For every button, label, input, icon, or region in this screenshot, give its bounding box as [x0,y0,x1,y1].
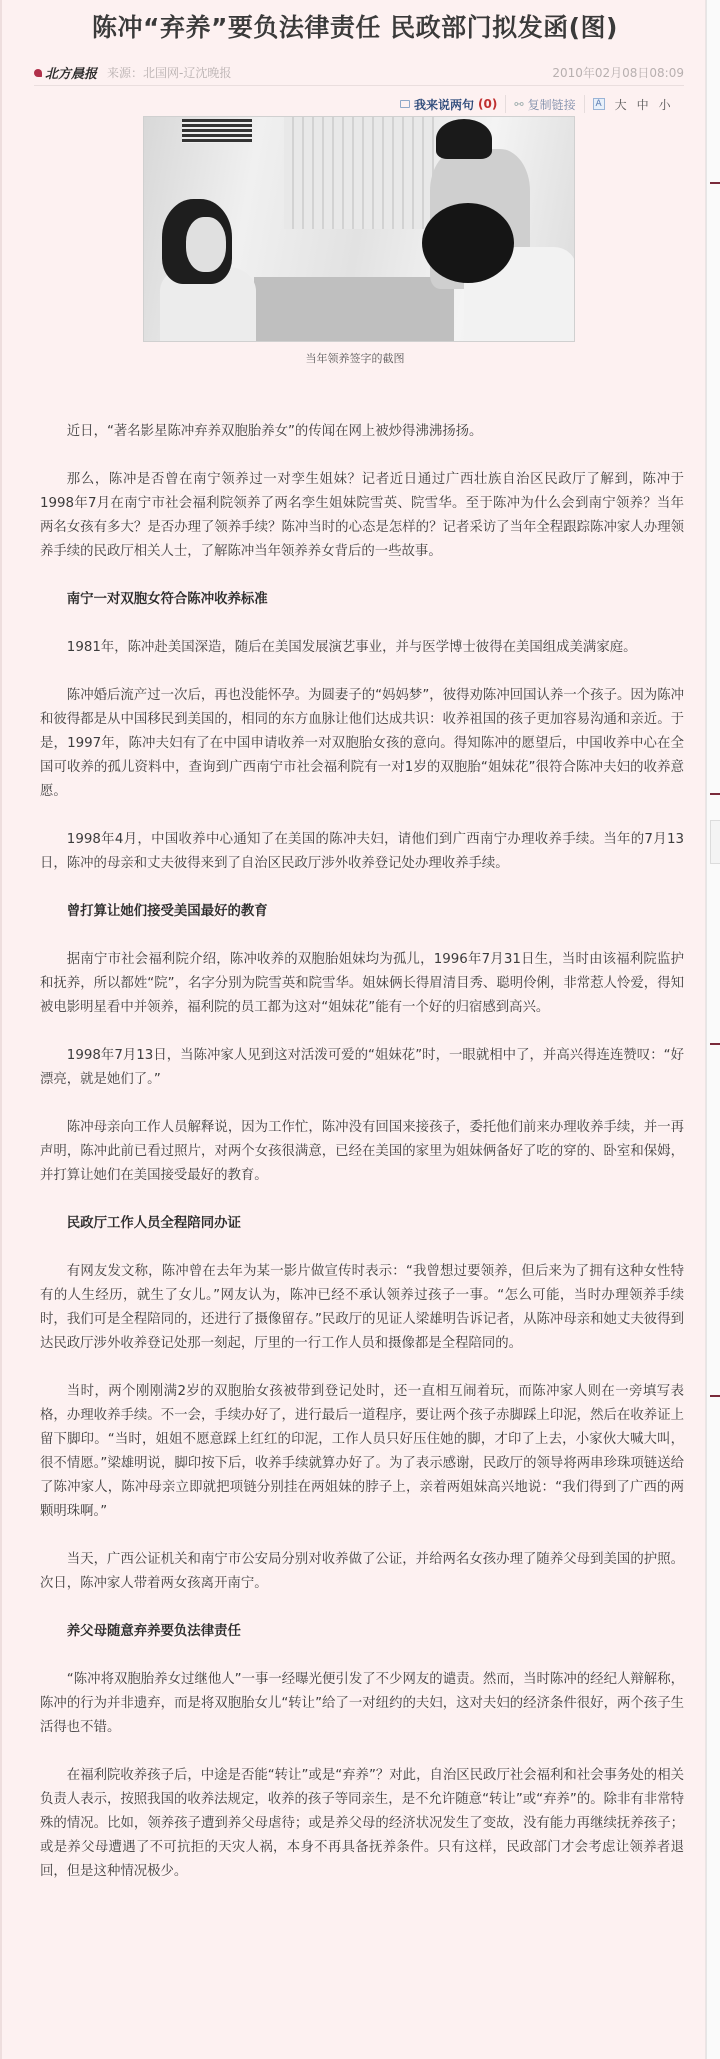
font-size-icon: A [593,98,605,110]
paragraph: 陈冲婚后流产过一次后，再也没能怀孕。为圆妻子的“妈妈梦”，彼得劝陈冲回国认养一个… [40,684,684,804]
paragraph: 有网友发文称，陈冲曾在去年为某一影片做宣传时表示：“我曾想过要领养，但后来为了拥… [40,1260,684,1356]
section-heading: 曾打算让她们接受美国最好的教育 [40,900,684,924]
paragraph: 1998年4月，中国收养中心通知了在美国的陈冲夫妇，请他们到广西南宁办理收养手续… [40,828,684,876]
photo-desk [254,277,454,342]
article-body: 近日，“著名影星陈冲弃养双胞胎养女”的传闻在网上被炒得沸沸扬扬。 那么，陈冲是否… [40,420,684,1908]
sidebar-marker [710,1395,720,1397]
photo-curtain [284,117,434,229]
article-meta: 北方晨报 来源：北国网-辽沈晚报 2010年02月08日08:09 [34,60,684,86]
publisher-logo[interactable]: 北方晨报 [34,63,97,82]
link-icon: ⚯ [514,98,523,111]
section-heading: 民政厅工作人员全程陪同办证 [40,1212,684,1236]
article-title: 陈冲“弃养”要负法律责任 民政部门拟发函(图) [2,8,708,44]
logo-mark-icon [34,69,42,77]
copy-link-label[interactable]: 复制链接 [528,96,576,113]
sidebar-marker [710,1043,720,1045]
font-size-medium[interactable]: 中 [637,96,649,113]
paragraph: 那么，陈冲是否曾在南宁领养过一对孪生姐妹？记者近日通过广西壮族自治区民政厅了解到… [40,468,684,564]
paragraph: 1981年，陈冲赴美国深造，随后在美国发展演艺事业，并与医学博士彼得在美国组成美… [40,636,684,660]
copy-link-button[interactable]: ⚯ 复制链接 [506,96,583,113]
sidebar-marker [710,793,720,795]
paragraph: 陈冲母亲向工作人员解释说，因为工作忙，陈冲没有回国来接孩子，委托他们前来办理收养… [40,1116,684,1188]
photo-caption: 当年领养签字的截图 [2,350,708,366]
font-size-small[interactable]: 小 [659,96,671,113]
comment-button[interactable]: 我来说两句(0) [392,96,505,113]
font-size-large[interactable]: 大 [615,96,627,113]
logo-text: 北方晨报 [45,63,97,82]
page: 陈冲“弃养”要负法律责任 民政部门拟发函(图) 北方晨报 来源：北国网-辽沈晚报… [0,0,720,2059]
article-toolbar: 我来说两句(0) ⚯ 复制链接 A 大 中 小 [392,92,692,116]
section-heading: 南宁一对双胞女符合陈冲收养标准 [40,588,684,612]
paragraph: 在福利院收养孩子后，中途是否能“转让”或是“弃养”？对此，自治区民政厅社会福利和… [40,1764,684,1884]
photo-vent [182,119,252,143]
article-date: 2010年02月08日08:09 [552,64,684,81]
paragraph: 近日，“著名影星陈冲弃养双胞胎养女”的传闻在网上被炒得沸沸扬扬。 [40,420,684,444]
paragraph: 1998年7月13日，当陈冲家人见到这对活泼可爱的“姐妹花”时，一眼就相中了，并… [40,1044,684,1092]
article-photo [143,116,575,342]
comment-count: (0) [478,97,497,111]
photo-person-standing-hair [436,119,492,159]
comment-icon [400,100,410,108]
sidebar-box [710,820,720,864]
paragraph: “陈冲将双胞胎养女过继他人”一事一经曝光便引发了不少网友的谴责。然而，当时陈冲的… [40,1668,684,1740]
comment-label[interactable]: 我来说两句 [414,96,474,113]
article-source: 来源：北国网-辽沈晚报 [107,64,231,81]
photo-person-left-face [186,217,226,272]
section-heading: 养父母随意弃养要负法律责任 [40,1620,684,1644]
right-sidebar-edge [706,0,720,2059]
article-panel: 陈冲“弃养”要负法律责任 民政部门拟发函(图) 北方晨报 来源：北国网-辽沈晚报… [0,0,706,2059]
font-size-controls: A 大 中 小 [585,96,679,113]
paragraph: 当天，广西公证机关和南宁市公安局分别对收养做了公证，并给两名女孩办理了随养父母到… [40,1548,684,1596]
paragraph: 据南宁市社会福利院介绍，陈冲收养的双胞胎姐妹均为孤儿，1996年7月31日生，当… [40,948,684,1020]
sidebar-marker [710,182,720,184]
paragraph: 当时，两个刚刚满2岁的双胞胎女孩被带到登记处时，还一直相互闹着玩，而陈冲家人则在… [40,1380,684,1524]
photo-person-signing-hair [422,203,514,283]
